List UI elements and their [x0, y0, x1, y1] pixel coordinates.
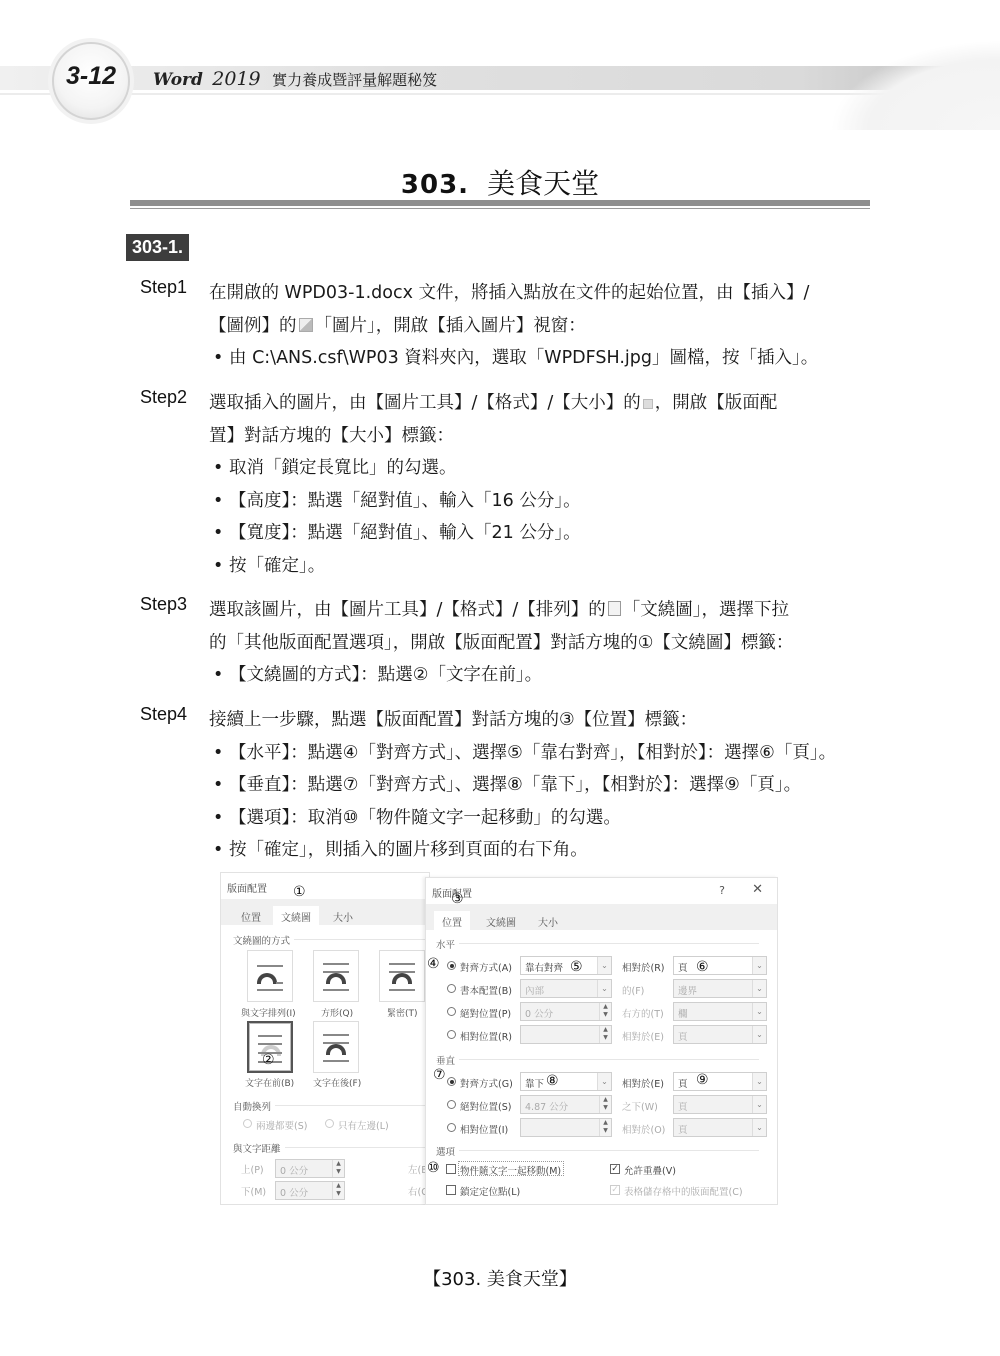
bullet-item: •【寬度】：點選「絕對值」、輸入「21 公分」。: [209, 517, 874, 550]
input-value: 0 公分: [280, 1188, 308, 1199]
wrap-option-label: 緊密(T): [387, 1006, 418, 1019]
group-label: 與文字距離: [233, 1141, 281, 1155]
bullet-item: •取消「鎖定長寬比」的勾選。: [209, 452, 874, 485]
text-fragment: 選取插入的圖片，由【圖片工具】/【格式】/【大小】的: [209, 393, 641, 413]
book-title-word: Word: [153, 70, 203, 90]
input-value: 0 公分: [525, 1009, 553, 1020]
select-value: 靠下: [525, 1079, 544, 1090]
tab-position[interactable]: 位置: [233, 906, 269, 925]
allow-overlap-checkbox[interactable]: ✓: [610, 1164, 620, 1174]
step-text: 的「其他版面配置選項」，開啟【版面配置】對話方塊的①【文繞圖】標籤：: [209, 627, 874, 660]
text-fragment: 「文繞圖」，選擇下拉: [623, 600, 789, 620]
radio-label: 兩邊都要(S): [256, 1118, 307, 1132]
v-absolute-input[interactable]: 4.87 公分▲▼: [520, 1095, 612, 1114]
rel-label: 右方的(T): [622, 1006, 664, 1020]
footer-label: 【303. 美食天堂】: [0, 1265, 1000, 1291]
radio-both-sides[interactable]: [243, 1119, 252, 1128]
h-book-select[interactable]: 內部⌄: [520, 979, 612, 998]
step-text: 【圖例】的「圖片」，開啟【插入圖片】視窗：: [209, 310, 874, 343]
row-label: 相對位置(I): [460, 1122, 508, 1136]
wrap-option-label: 與文字排列(I): [241, 1006, 296, 1019]
select-value: 邊界: [678, 986, 697, 997]
step-label: Step1: [140, 277, 187, 298]
callout-8: ⑧: [546, 1074, 559, 1088]
v-alignment-select[interactable]: 靠下⌄: [520, 1072, 612, 1091]
bullet-item: •由 C:\ANS.csf\WP03 資料夾內，選取「WPDFSH.jpg」圖檔…: [209, 342, 874, 375]
bullet-text: 按「確定」，則插入的圖片移到頁面的右下角。: [229, 840, 588, 860]
callout-5: ⑤: [570, 960, 583, 974]
group-label: 自動換列: [233, 1099, 271, 1113]
row-label: 相對位置(R): [460, 1029, 512, 1043]
row-label: 書本配置(B): [460, 983, 512, 997]
text-fragment: 「圖片」，開啟【插入圖片】視窗：: [315, 316, 586, 336]
chapter-name: 美食天堂: [487, 167, 599, 200]
picture-icon: [299, 318, 313, 332]
bullet-text: 【垂直】：點選⑦「對齊方式」、選擇⑧「靠下」，【相對於】：選擇⑨「頁」。: [229, 775, 801, 795]
bullet-item: •按「確定」。: [209, 550, 874, 583]
checkbox-label: 允許重疊(V): [624, 1163, 676, 1177]
chapter-number: 303.: [401, 170, 469, 200]
bullet-text: 【寬度】：點選「絕對值」、輸入「21 公分」。: [229, 523, 581, 543]
wrap-square-button[interactable]: [313, 950, 359, 1002]
radio-left-only[interactable]: [325, 1119, 334, 1128]
callout-7: ⑦: [433, 1068, 446, 1082]
text-fragment: 選取該圖片，由【圖片工具】/【格式】/【排列】的: [209, 600, 606, 620]
wrap-behind-button[interactable]: [313, 1021, 359, 1073]
tab-size[interactable]: 大小: [325, 906, 361, 925]
bullet-text: 【高度】：點選「絕對值」、輸入「16 公分」。: [229, 491, 581, 511]
step-text: 在開啟的 WPD03-1.docx 文件，將插入點放在文件的起始位置，由【插入】…: [209, 277, 874, 310]
step-label: Step2: [140, 387, 187, 408]
rel-label: 相對於(E): [622, 1029, 664, 1043]
callout-9: ⑨: [696, 1073, 709, 1087]
header-decoration: [830, 40, 1000, 130]
step-body: 選取插入的圖片，由【圖片工具】/【格式】/【大小】的，開啟【版面配 置】對話方塊…: [209, 387, 874, 582]
layout-dialog-position-tab: 版面配置 ? ✕ 位置 文繞圖 大小 水平 對齊方式(A) 靠右對齊⌄ 相對於(…: [425, 877, 778, 1205]
h-book-of-select[interactable]: 邊界⌄: [673, 979, 767, 998]
group-horizontal: 水平: [436, 937, 455, 951]
dialog-launcher-icon: [643, 399, 653, 409]
row-label: 對齊方式(G): [460, 1076, 513, 1090]
h-relative-input[interactable]: ▲▼: [520, 1025, 612, 1044]
wrap-option-label: 方形(Q): [321, 1006, 353, 1019]
bullet-item: •【垂直】：點選⑦「對齊方式」、選擇⑧「靠下」，【相對於】：選擇⑨「頁」。: [209, 769, 874, 802]
h-absolute-rel-select[interactable]: 欄⌄: [673, 1002, 767, 1021]
select-value: 頁: [678, 1079, 688, 1090]
book-subtitle: 實力養成暨評量解題秘笈: [272, 71, 437, 89]
bullet-item: •【選項】：取消⑩「物件隨文字一起移動」的勾選。: [209, 802, 874, 835]
group-vertical: 垂直: [436, 1053, 455, 1067]
checkbox-label: 鎖定定位點(L): [460, 1184, 520, 1198]
callout-3: ③: [451, 892, 464, 906]
tab-bar: 位置 文繞圖 大小: [221, 899, 429, 925]
select-value: 頁: [678, 963, 688, 974]
bullet-text: 取消「鎖定長寬比」的勾選。: [229, 458, 457, 478]
distance-label: 下(M): [241, 1184, 266, 1198]
chapter-rule-thin: [130, 208, 870, 209]
bullet-item: •按「確定」，則插入的圖片移到頁面的右下角。: [209, 834, 874, 867]
checkbox-label: 表格儲存格中的版面配置(C): [624, 1184, 743, 1198]
step-body: 選取該圖片，由【圖片工具】/【格式】/【排列】的「文繞圖」，選擇下拉 的「其他版…: [209, 594, 874, 692]
wrap-tight-button[interactable]: [379, 950, 425, 1002]
step-text: 選取該圖片，由【圖片工具】/【格式】/【排列】的「文繞圖」，選擇下拉: [209, 594, 874, 627]
radio-v-relative[interactable]: [447, 1123, 456, 1132]
row-label: 絕對位置(P): [460, 1006, 511, 1020]
v-relative-rel-select[interactable]: 頁⌄: [673, 1118, 767, 1137]
step-text: 置】對話方塊的【大小】標籤：: [209, 420, 874, 453]
bullet-item: •【水平】：點選④「對齊方式」、選擇⑤「靠右對齊」，【相對於】：選擇⑥「頁」。: [209, 737, 874, 770]
text-fragment: 【圖例】的: [209, 316, 297, 336]
h-relative-select[interactable]: 頁⌄: [673, 956, 767, 975]
callout-1: ①: [293, 885, 306, 899]
text-fragment: ，開啟【版面配: [655, 393, 778, 413]
row-label: 對齊方式(A): [460, 960, 512, 974]
distance-label: 上(P): [241, 1162, 264, 1176]
bullet-text: 按「確定」。: [229, 556, 325, 576]
bullet-text: 【選項】：取消⑩「物件隨文字一起移動」的勾選。: [229, 808, 621, 828]
select-value: 欄: [678, 1009, 688, 1020]
tab-size[interactable]: 大小: [530, 911, 566, 930]
step-text: 接續上一步驟，點選【版面配置】對話方塊的③【位置】標籤：: [209, 704, 874, 737]
checkbox-label: 物件隨文字一起移動(M): [460, 1163, 561, 1177]
h-relative-rel-select[interactable]: 頁⌄: [673, 1025, 767, 1044]
dialog-screenshot: 版面配置 位置 文繞圖 大小 文繞圖的方式 與文字排列(I) 方形(Q) 緊密(…: [220, 872, 778, 1205]
input-value: 0 公分: [280, 1166, 308, 1177]
radio-v-absolute[interactable]: [447, 1100, 456, 1109]
rel-label: 相對於(E): [622, 1076, 664, 1090]
step-text: 選取插入的圖片，由【圖片工具】/【格式】/【大小】的，開啟【版面配: [209, 387, 874, 420]
step-label: Step3: [140, 594, 187, 615]
dialog-title: 版面配置: [227, 880, 267, 895]
callout-10: ⑩: [427, 1161, 440, 1175]
book-title-year: 2019: [212, 68, 260, 90]
layout-in-table-cell-checkbox[interactable]: ✓: [610, 1185, 620, 1195]
move-with-text-checkbox[interactable]: [446, 1164, 456, 1174]
select-value: 內部: [525, 986, 544, 997]
input-value: 4.87 公分: [525, 1102, 568, 1113]
radio-h-alignment[interactable]: [447, 961, 456, 970]
callout-4: ④: [427, 957, 440, 971]
h-alignment-select[interactable]: 靠右對齊⌄: [520, 956, 612, 975]
group-options: 選項: [436, 1144, 455, 1158]
tab-position[interactable]: 位置: [434, 911, 470, 930]
wrap-inline-button[interactable]: [247, 950, 293, 1002]
radio-v-alignment[interactable]: [447, 1077, 456, 1086]
rel-label: 相對於(R): [622, 960, 665, 974]
select-value: 頁: [678, 1032, 688, 1043]
group-label: 文繞圖的方式: [233, 933, 290, 947]
row-label: 絕對位置(S): [460, 1099, 511, 1113]
select-value: 頁: [678, 1102, 688, 1113]
close-button[interactable]: ✕: [752, 882, 763, 897]
tab-wrap[interactable]: 文繞圖: [478, 911, 524, 930]
layout-dialog-wrap-tab: 版面配置 位置 文繞圖 大小 文繞圖的方式 與文字排列(I) 方形(Q) 緊密(…: [220, 872, 430, 1205]
select-value: 靠右對齊: [525, 963, 563, 974]
chapter-rule: [130, 200, 870, 206]
book-title: Word 2019 實力養成暨評量解題秘笈: [153, 68, 437, 90]
radio-h-book[interactable]: [447, 984, 456, 993]
v-relative-select[interactable]: 頁⌄: [673, 1072, 767, 1091]
tab-wrap[interactable]: 文繞圖: [273, 906, 319, 925]
h-absolute-input[interactable]: 0 公分▲▼: [520, 1002, 612, 1021]
distance-bottom-input[interactable]: 0 公分▲▼: [275, 1181, 345, 1200]
wrap-option-label: 文字在前(B): [245, 1076, 294, 1089]
rel-label: 相對於(O): [622, 1122, 665, 1136]
callout-6: ⑥: [696, 960, 709, 974]
bullet-item: •【高度】：點選「絕對值」、輸入「16 公分」。: [209, 485, 874, 518]
tab-bar: 位置 文繞圖 大小: [426, 904, 777, 930]
radio-h-relative[interactable]: [447, 1030, 456, 1039]
v-relative-input[interactable]: ▲▼: [520, 1118, 612, 1137]
step-body: 在開啟的 WPD03-1.docx 文件，將插入點放在文件的起始位置，由【插入】…: [209, 277, 874, 375]
step-body: 接續上一步驟，點選【版面配置】對話方塊的③【位置】標籤： •【水平】：點選④「對…: [209, 704, 874, 867]
lock-anchor-checkbox[interactable]: [446, 1185, 456, 1195]
bullet-item: •【文繞圖的方式】：點選②「文字在前」。: [209, 659, 874, 692]
section-badge: 303-1.: [126, 234, 189, 261]
wrap-text-icon: [608, 601, 621, 616]
chapter-title: 303.美食天堂: [0, 162, 1000, 202]
bullet-text: 由 C:\ANS.csf\WP03 資料夾內，選取「WPDFSH.jpg」圖檔，…: [229, 348, 818, 368]
radio-h-absolute[interactable]: [447, 1007, 456, 1016]
radio-label: 只有左邊(L): [338, 1118, 389, 1132]
page-number: 3-12: [52, 62, 130, 91]
v-absolute-rel-select[interactable]: 頁⌄: [673, 1095, 767, 1114]
select-value: 頁: [678, 1125, 688, 1136]
wrap-option-label: 文字在後(F): [313, 1076, 361, 1089]
step-label: Step4: [140, 704, 187, 725]
rel-label: 的(F): [622, 983, 644, 997]
help-button[interactable]: ?: [719, 884, 725, 897]
callout-2: ②: [262, 1053, 275, 1067]
bullet-text: 【水平】：點選④「對齊方式」、選擇⑤「靠右對齊」，【相對於】：選擇⑥「頁」。: [229, 743, 836, 763]
rel-label: 之下(W): [622, 1099, 658, 1113]
distance-top-input[interactable]: 0 公分▲▼: [275, 1159, 345, 1178]
bullet-text: 【文繞圖的方式】：點選②「文字在前」。: [229, 665, 542, 685]
